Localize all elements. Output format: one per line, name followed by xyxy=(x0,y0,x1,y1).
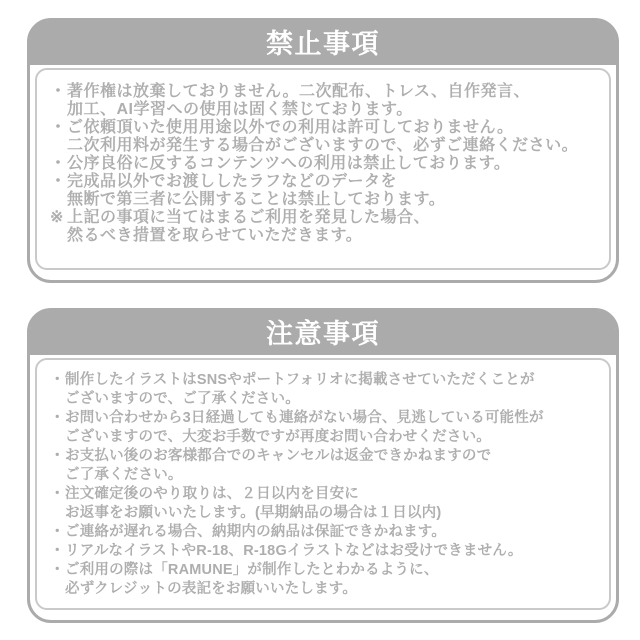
notice-line: 加工、AI学習への使用は固く禁じております。 xyxy=(50,101,603,119)
notice-line: 無断で第三者に公開することは禁止しております。 xyxy=(50,191,603,209)
bullet-marker: ・ xyxy=(50,83,67,101)
notice-line: ・ご連絡が遅れる場合、納期内の納品は保証できかねます。 xyxy=(50,523,603,542)
bullet-marker: ・ xyxy=(50,447,65,466)
bullet-marker: ・ xyxy=(50,119,67,137)
indent-spacer xyxy=(50,504,65,523)
indent-spacer xyxy=(50,227,67,245)
indent-spacer xyxy=(50,428,65,447)
notice-line-text: ご依頼頂いた使用用途以外での利用は許可しておりません。 xyxy=(67,119,513,137)
bullet-marker: ・ xyxy=(50,173,67,191)
bullet-marker: ・ xyxy=(50,155,67,173)
prohibited-header-band: 禁止事項 xyxy=(30,21,616,65)
notice-line-text: ご了承ください。 xyxy=(65,466,183,485)
notice-line: ご了承ください。 xyxy=(50,466,603,485)
cautions-section-body: ・制作したイラストはSNSやポートフォリオに掲載させていただくことがございますの… xyxy=(35,358,611,610)
notice-line: ※上記の事項に当てはまるご利用を発見した場合、 xyxy=(50,209,603,227)
notice-line: ございますので、大変お手数ですが再度お問い合わせください。 xyxy=(50,428,603,447)
prohibited-section-body: ・著作権は放棄しておりません。二次配布、トレス、自作発言、加工、AI学習への使用… xyxy=(35,68,611,270)
indent-spacer xyxy=(50,390,65,409)
indent-spacer xyxy=(50,101,67,119)
notice-line-text: 上記の事項に当てはまるご利用を発見した場合、 xyxy=(67,209,430,227)
notice-line: ございますので、ご了承ください。 xyxy=(50,390,603,409)
indent-spacer xyxy=(50,580,65,599)
notice-line: ・リアルなイラストやR-18、R-18Gイラストなどはお受けできません。 xyxy=(50,542,603,561)
notice-line-text: 注文確定後のやり取りは、２日以内を目安に xyxy=(65,485,359,504)
indent-spacer xyxy=(50,137,67,155)
notice-line: ・制作したイラストはSNSやポートフォリオに掲載させていただくことが xyxy=(50,371,603,390)
notice-line-text: ございますので、大変お手数ですが再度お問い合わせください。 xyxy=(65,428,491,447)
notice-line-text: ございますので、ご了承ください。 xyxy=(65,390,300,409)
notice-line-text: 制作したイラストはSNSやポートフォリオに掲載させていただくことが xyxy=(65,371,535,390)
bullet-marker: ・ xyxy=(50,409,65,428)
bullet-marker: ・ xyxy=(50,485,65,504)
notice-line: ・ご利用の際は「RAMUNE」が制作したとわかるように、 xyxy=(50,561,603,580)
notice-line-text: 加工、AI学習への使用は固く禁じております。 xyxy=(67,101,413,119)
notice-line-text: ご利用の際は「RAMUNE」が制作したとわかるように、 xyxy=(65,561,439,580)
cautions-header-band: 注意事項 xyxy=(30,311,616,355)
notice-line: ・ご依頼頂いた使用用途以外での利用は許可しておりません。 xyxy=(50,119,603,137)
notice-line-text: 然るべき措置を取らせていただきます。 xyxy=(67,227,362,245)
cautions-section-panel: 注意事項 ・制作したイラストはSNSやポートフォリオに掲載させていただくことがご… xyxy=(27,308,619,623)
notice-line-text: 無断で第三者に公開することは禁止しております。 xyxy=(67,191,445,209)
notice-line: ・お問い合わせから3日経過しても連絡がない場合、見逃している可能性が xyxy=(50,409,603,428)
notice-line: ・注文確定後のやり取りは、２日以内を目安に xyxy=(50,485,603,504)
notice-line-text: リアルなイラストやR-18、R-18Gイラストなどはお受けできません。 xyxy=(65,542,523,561)
notice-line: ・著作権は放棄しておりません。二次配布、トレス、自作発言、 xyxy=(50,83,603,101)
bullet-marker: ※ xyxy=(50,209,67,227)
notice-line: ・公序良俗に反するコンテンツへの利用は禁止しております。 xyxy=(50,155,603,173)
notice-line-text: お返事をお願いいたします。(早期納品の場合は１日以内) xyxy=(65,504,441,523)
bullet-marker: ・ xyxy=(50,523,65,542)
notice-line-text: お問い合わせから3日経過しても連絡がない場合、見逃している可能性が xyxy=(65,409,544,428)
indent-spacer xyxy=(50,191,67,209)
notice-line: ・お支払い後のお客様都合でのキャンセルは返金できかねますので xyxy=(50,447,603,466)
notice-line-text: 二次利用料が発生する場合がございますので、必ずご連絡ください。 xyxy=(67,137,578,155)
notice-line-text: 著作権は放棄しておりません。二次配布、トレス、自作発言、 xyxy=(67,83,530,101)
notice-line-text: 必ずクレジットの表記をお願いいたします。 xyxy=(65,580,357,599)
prohibited-section-title: 禁止事項 xyxy=(266,29,380,58)
bullet-marker: ・ xyxy=(50,371,65,390)
notice-line: 二次利用料が発生する場合がございますので、必ずご連絡ください。 xyxy=(50,137,603,155)
notice-line-text: ご連絡が遅れる場合、納期内の納品は保証できかねます。 xyxy=(65,523,446,542)
notice-line: ・完成品以外でお渡ししたラフなどのデータを xyxy=(50,173,603,191)
prohibited-section-panel: 禁止事項 ・著作権は放棄しておりません。二次配布、トレス、自作発言、加工、AI学… xyxy=(27,18,619,283)
notice-line: 然るべき措置を取らせていただきます。 xyxy=(50,227,603,245)
notice-line: 必ずクレジットの表記をお願いいたします。 xyxy=(50,580,603,599)
bullet-marker: ・ xyxy=(50,561,65,580)
bullet-marker: ・ xyxy=(50,542,65,561)
notice-line-text: 完成品以外でお渡ししたラフなどのデータを xyxy=(67,173,397,191)
indent-spacer xyxy=(50,466,65,485)
cautions-section-title: 注意事項 xyxy=(266,319,380,348)
notice-line-text: 公序良俗に反するコンテンツへの利用は禁止しております。 xyxy=(67,155,510,173)
notice-line-text: お支払い後のお客様都合でのキャンセルは返金できかねますので xyxy=(65,447,491,466)
notice-line: お返事をお願いいたします。(早期納品の場合は１日以内) xyxy=(50,504,603,523)
